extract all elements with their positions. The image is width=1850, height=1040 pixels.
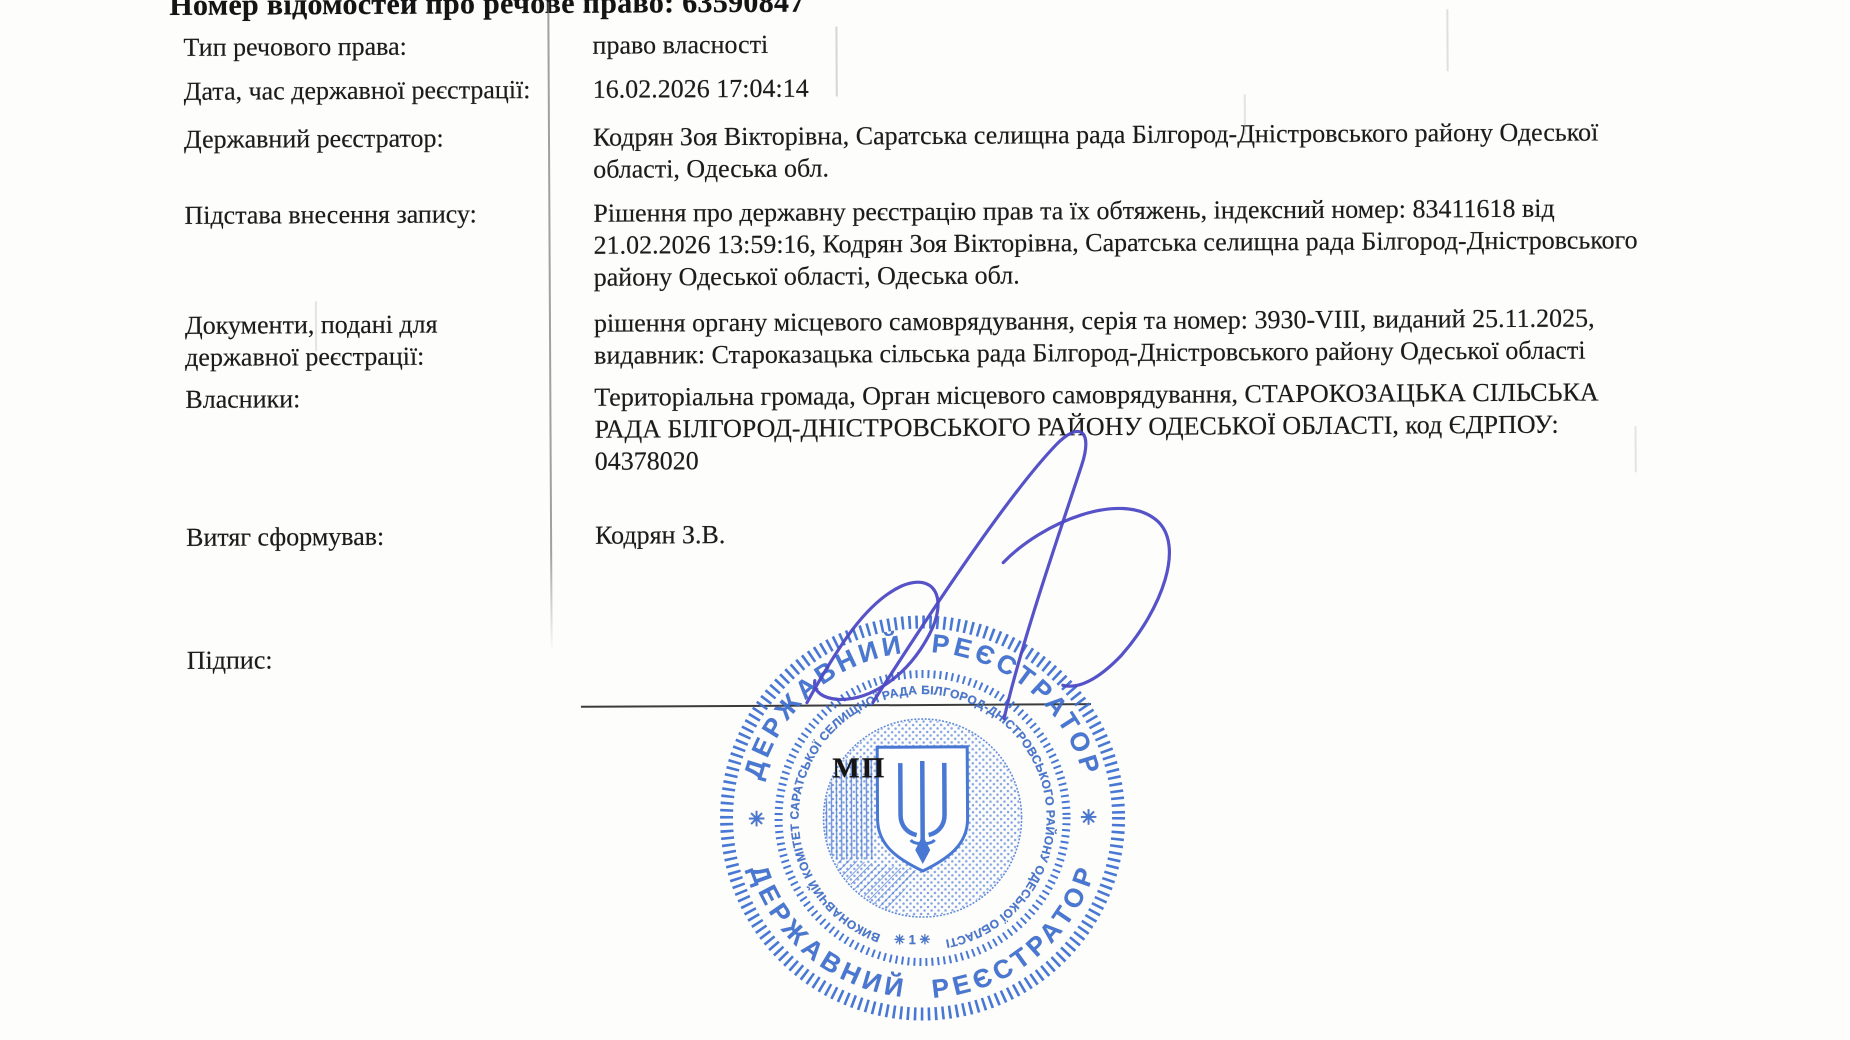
seal-left-star-icon: ✳ bbox=[748, 809, 765, 831]
field-row-type: Тип речового права: право власності bbox=[183, 23, 1847, 64]
field-row-generated-by: Витяг сформував: Кодрян З.В. bbox=[186, 513, 1850, 554]
field-label: Дата, час державної реєстрації: bbox=[184, 74, 593, 108]
field-label: Документи, подані для bbox=[185, 308, 594, 342]
scan-artifact bbox=[1244, 94, 1246, 134]
field-label: Підстава внесення запису: bbox=[184, 198, 593, 232]
field-value: Кодрян Зоя Вікторівна, Саратська селищна… bbox=[593, 116, 1651, 186]
document-page: Номер відомостей про речове право: 63590… bbox=[0, 0, 1850, 1040]
field-row-date: Дата, час державної реєстрації: 16.02.20… bbox=[184, 67, 1848, 108]
field-value: право власності bbox=[592, 24, 1650, 62]
field-label: Підпис: bbox=[187, 643, 596, 677]
field-label: Тип речового права: bbox=[183, 30, 592, 64]
official-seal-icon: ДЕРЖАВНИЙ РЕЄСТРАТОР ДЕРЖАВНИЙ РЕЄСТРАТО… bbox=[714, 610, 1130, 1026]
registry-fields: Тип речового права: право власності Дата… bbox=[183, 23, 1850, 677]
scanned-document: Номер відомостей про речове право: 63590… bbox=[0, 0, 1850, 1040]
field-value: 16.02.2026 17:04:14 bbox=[593, 68, 1651, 106]
field-row-documents: Документи, подані для державної реєстрац… bbox=[185, 301, 1849, 374]
field-value: Рішення про державну реєстрацію прав та … bbox=[593, 192, 1651, 294]
seal-right-star-icon: ✳ bbox=[1080, 807, 1097, 829]
scan-artifact bbox=[315, 301, 317, 351]
field-row-owners: Власники: Територіальна громада, Орган м… bbox=[185, 375, 1849, 480]
field-label: Витяг сформував: bbox=[186, 520, 595, 554]
field-row-basis: Підстава внесення запису: Рішення про де… bbox=[184, 191, 1848, 296]
scan-artifact bbox=[835, 26, 837, 96]
field-value: Кодрян З.В. bbox=[595, 514, 1653, 552]
mp-mark: МП bbox=[832, 752, 886, 785]
field-value: рішення органу місцевого самоврядування,… bbox=[594, 302, 1652, 372]
scan-artifact bbox=[1635, 426, 1637, 472]
field-row-registrar: Державний реєстратор: Кодрян Зоя Вікторі… bbox=[184, 115, 1848, 188]
field-label: Власники: bbox=[185, 382, 594, 416]
field-label: Державний реєстратор: bbox=[184, 122, 593, 156]
field-label-line2: державної реєстрації: bbox=[185, 340, 594, 374]
header-number-line: Номер відомостей про речове право: 63590… bbox=[169, 0, 1847, 23]
scan-artifact bbox=[1446, 9, 1448, 71]
field-value: Територіальна громада, Орган місцевого с… bbox=[594, 376, 1652, 478]
official-seal: ДЕРЖАВНИЙ РЕЄСТРАТОР ДЕРЖАВНИЙ РЕЄСТРАТО… bbox=[714, 610, 1130, 1026]
seal-center-number: ✳ 1 ✳ bbox=[894, 932, 930, 947]
